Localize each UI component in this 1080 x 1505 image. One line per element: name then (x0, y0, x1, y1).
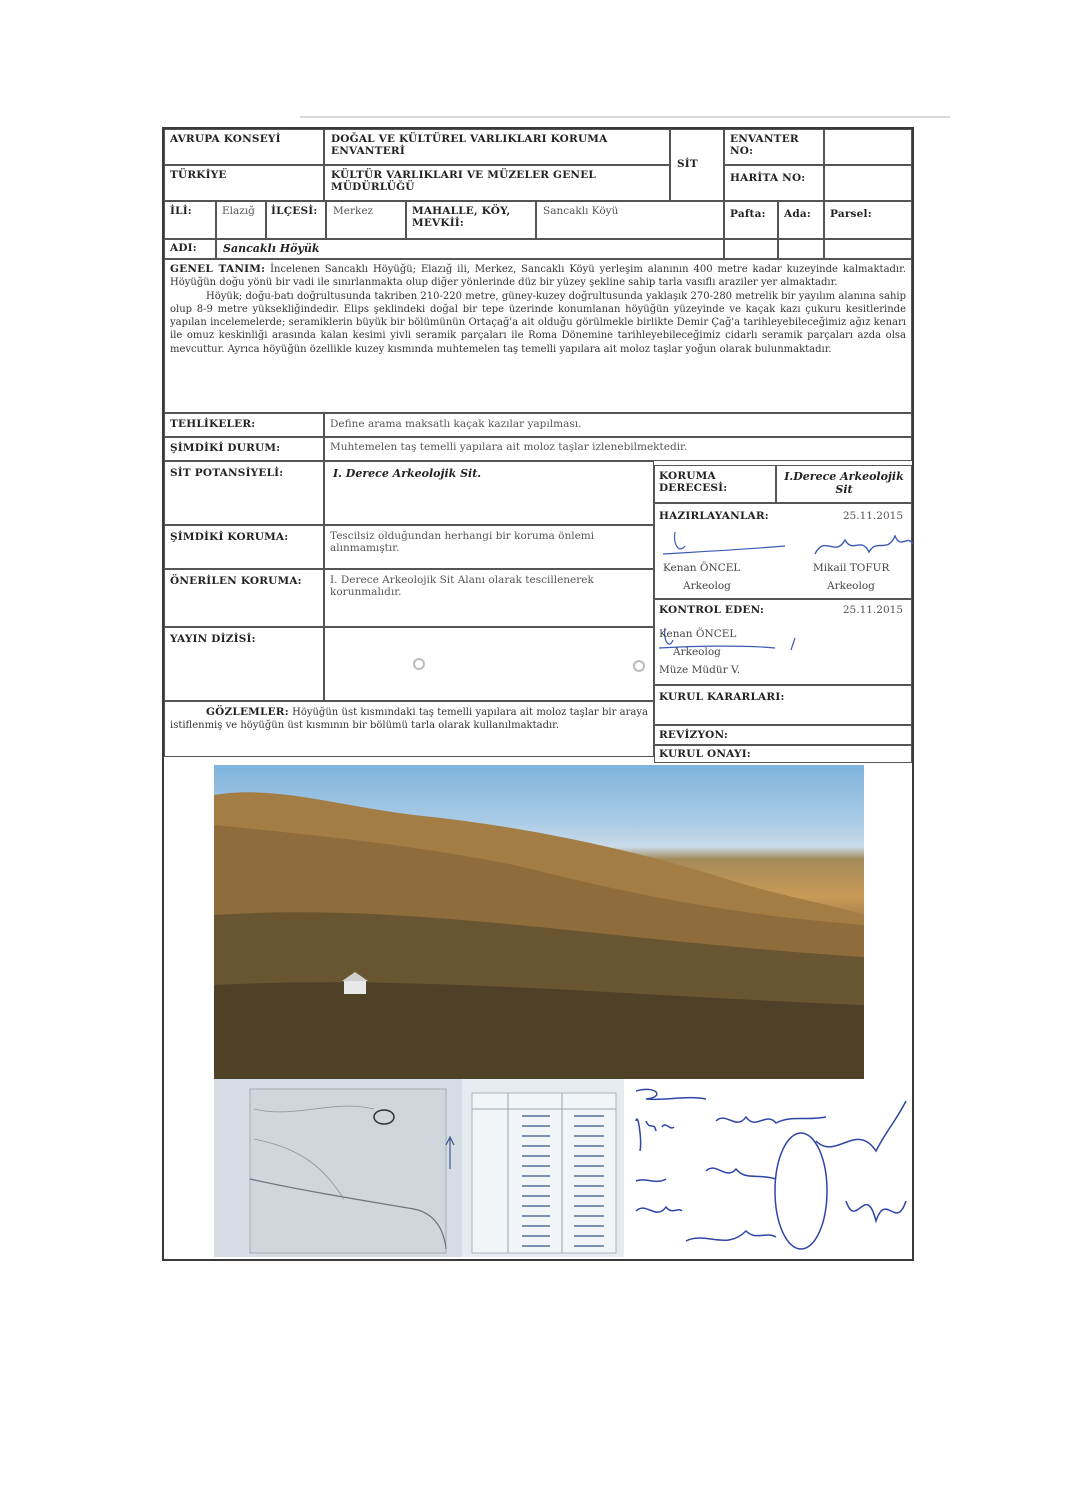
kurul-onayi-cell: KURUL ONAYI: (654, 745, 912, 763)
simdiki-koruma-label-cell: ŞİMDİKİ KORUMA: (164, 525, 324, 569)
sit-potansiyeli-label-cell: SİT POTANSİYELİ: (164, 461, 324, 525)
parsel-label: Parsel: (825, 202, 911, 226)
genel-tanim-label: GENEL TANIM: (170, 263, 265, 275)
onerilen-koruma-value-cell: I. Derece Arkeolojik Sit Alanı olarak te… (324, 569, 654, 627)
hazirlayanlar-cell: HAZIRLAYANLAR: 25.11.2015 Kenan ÖNCEL Ar… (654, 503, 912, 599)
yayin-dizisi-label-cell: YAYIN DİZİSİ: (164, 627, 324, 701)
gozlemler-label: GÖZLEMLER: (206, 706, 289, 718)
kontrol-eden-label: KONTROL EDEN: (659, 604, 764, 616)
il-label-cell: İLİ: (164, 201, 216, 239)
topographic-map-image (214, 1079, 462, 1257)
sit-potansiyeli-value-cell: I. Derece Arkeolojik Sit. (324, 461, 654, 525)
sit-cell: SİT (670, 129, 724, 201)
parsel-value[interactable] (824, 239, 912, 259)
scan-edge-line (300, 116, 950, 118)
envanter-no-label: ENVANTER NO: (725, 130, 823, 160)
preparer-2-title: Arkeolog (827, 580, 875, 592)
koruma-derecesi-value-cell: I.Derece Arkeolojik Sit (776, 465, 912, 503)
yayin-dizisi-label: YAYIN DİZİSİ: (165, 628, 323, 650)
parsel-cell: Parsel: (824, 201, 912, 239)
utm-coordinates-table (462, 1079, 624, 1257)
revizyon-label: REVİZYON: (655, 726, 911, 744)
harita-no-value[interactable] (824, 165, 912, 201)
scan-hole-circle (633, 660, 645, 672)
kontrol-eden-date: 25.11.2015 (843, 604, 903, 616)
gozlemler-section: GÖZLEMLER: Höyüğün üst kısmındaki taş te… (164, 701, 654, 757)
coordinates-table-image (462, 1079, 624, 1257)
scan-hole-circle (413, 658, 425, 670)
simdiki-durum-value-cell: Muhtemelen taş temelli yapılara ait molo… (324, 437, 912, 461)
simdiki-koruma-label: ŞİMDİKİ KORUMA: (165, 526, 323, 548)
pafta-label: Pafta: (725, 202, 777, 226)
simdiki-koruma-value: Tescilsiz olduğundan herhangi bir koruma… (325, 526, 635, 558)
sit-potansiyeli-value: I. Derece Arkeolojik Sit. (325, 462, 653, 485)
simdiki-durum-label: ŞİMDİKİ DURUM: (165, 438, 323, 458)
sit-potansiyeli-label: SİT POTANSİYELİ: (165, 462, 323, 484)
tehlikeler-value-cell: Define arama maksatlı kaçak kazılar yapı… (324, 413, 912, 437)
sit-label: SİT (671, 130, 723, 198)
pafta-value[interactable] (724, 239, 778, 259)
koruma-derecesi-label: KORUMA DERECESİ: (655, 466, 775, 498)
koruma-derecesi-label-cell: KORUMA DERECESİ: (654, 465, 776, 503)
adi-value-cell: Sancaklı Höyük (216, 239, 724, 259)
signature-icon (655, 524, 913, 564)
title-cell-2: KÜLTÜR VARLIKLARI VE MÜZELER GENEL MÜDÜR… (324, 165, 670, 201)
org-cell-2: TÜRKİYE (164, 165, 324, 201)
mahalle-value-cell: Sancaklı Köyü (536, 201, 724, 239)
org-turkiye: TÜRKİYE (165, 166, 323, 184)
form-title: DOĞAL VE KÜLTÜREL VARLIKLARI KORUMA ENVA… (325, 130, 669, 160)
pafta-cell: Pafta: (724, 201, 778, 239)
tehlikeler-value: Define arama maksatlı kaçak kazılar yapı… (325, 414, 911, 434)
genel-tanim-section: GENEL TANIM: İncelenen Sancaklı Höyüğü; … (164, 259, 912, 413)
controller-role: Müze Müdür V. (659, 664, 740, 676)
ada-cell: Ada: (778, 201, 824, 239)
onerilen-koruma-value: I. Derece Arkeolojik Sit Alanı olarak te… (325, 570, 635, 602)
kurul-kararlari-cell: KURUL KARARLARI: (654, 685, 912, 725)
genel-tanim-text-1: İncelenen Sancaklı Höyüğü; Elazığ ili, M… (170, 264, 906, 288)
genel-tanim-p1: GENEL TANIM: İncelenen Sancaklı Höyüğü; … (170, 263, 906, 290)
mahalle-label: MAHALLE, KÖY, MEVKİİ: (407, 202, 535, 232)
title-cell-1: DOĞAL VE KÜLTÜREL VARLIKLARI KORUMA ENVA… (324, 129, 670, 165)
il-value: Elazığ (217, 202, 265, 220)
hazirlayanlar-label: HAZIRLAYANLAR: (659, 510, 769, 522)
revizyon-cell: REVİZYON: (654, 725, 912, 745)
envanter-no-value[interactable] (824, 129, 912, 165)
preparer-1-name: Kenan ÖNCEL (663, 562, 740, 574)
ilce-value-cell: Merkez (326, 201, 406, 239)
adi-label: ADI: (165, 240, 215, 256)
tehlikeler-label: TEHLİKELER: (165, 414, 323, 434)
simdiki-durum-label-cell: ŞİMDİKİ DURUM: (164, 437, 324, 461)
envanter-no-cell: ENVANTER NO: (724, 129, 824, 165)
landscape-photo (214, 765, 864, 1079)
ilce-label: İLÇESİ: (267, 202, 325, 220)
yayin-dizisi-value-cell[interactable] (324, 627, 654, 701)
kurul-onayi-label: KURUL ONAYI: (655, 746, 911, 762)
genel-tanim-p2: Höyük; doğu-batı doğrultusunda takriben … (170, 290, 906, 356)
inventory-form: AVRUPA KONSEYİ DOĞAL VE KÜLTÜREL VARLIKL… (162, 127, 914, 1261)
simdiki-koruma-value-cell: Tescilsiz olduğundan herhangi bir koruma… (324, 525, 654, 569)
kontrol-eden-cell: KONTROL EDEN: 25.11.2015 Kenan ÖNCEL Ark… (654, 599, 912, 685)
ilce-value: Merkez (327, 202, 405, 220)
org-avrupa-konseyi: AVRUPA KONSEYİ (165, 130, 323, 148)
hill-landscape-image (214, 765, 864, 1079)
controller-name: Kenan ÖNCEL (659, 628, 736, 640)
mahalle-label-cell: MAHALLE, KÖY, MEVKİİ: (406, 201, 536, 239)
gozlemler-text: GÖZLEMLER: Höyüğün üst kısmındaki taş te… (170, 706, 648, 733)
adi-value: Sancaklı Höyük (217, 240, 723, 257)
onerilen-koruma-label-cell: ÖNERİLEN KORUMA: (164, 569, 324, 627)
kurul-kararlari-label: KURUL KARARLARI: (655, 686, 911, 708)
koruma-derecesi-value: I.Derece Arkeolojik Sit (777, 466, 911, 500)
preparer-2-name: Mikail TOFUR (813, 562, 889, 574)
ilce-label-cell: İLÇESİ: (266, 201, 326, 239)
mahalle-value: Sancaklı Köyü (537, 202, 723, 220)
harita-no-label: HARİTA NO: (725, 166, 823, 190)
org-cell-1: AVRUPA KONSEYİ (164, 129, 324, 165)
ada-value[interactable] (778, 239, 824, 259)
hazirlayanlar-date: 25.11.2015 (843, 510, 903, 522)
form-subtitle: KÜLTÜR VARLIKLARI VE MÜZELER GENEL MÜDÜR… (325, 166, 669, 196)
onerilen-koruma-label: ÖNERİLEN KORUMA: (165, 570, 323, 592)
preparer-1-title: Arkeolog (683, 580, 731, 592)
il-value-cell: Elazığ (216, 201, 266, 239)
il-label: İLİ: (165, 202, 215, 220)
adi-label-cell: ADI: (164, 239, 216, 259)
ada-label: Ada: (779, 202, 823, 226)
simdiki-durum-value: Muhtemelen taş temelli yapılara ait molo… (325, 438, 911, 456)
committee-signatures-icon (626, 1081, 912, 1259)
tehlikeler-label-cell: TEHLİKELER: (164, 413, 324, 437)
harita-no-cell: HARİTA NO: (724, 165, 824, 201)
controller-title: Arkeolog (673, 646, 721, 658)
